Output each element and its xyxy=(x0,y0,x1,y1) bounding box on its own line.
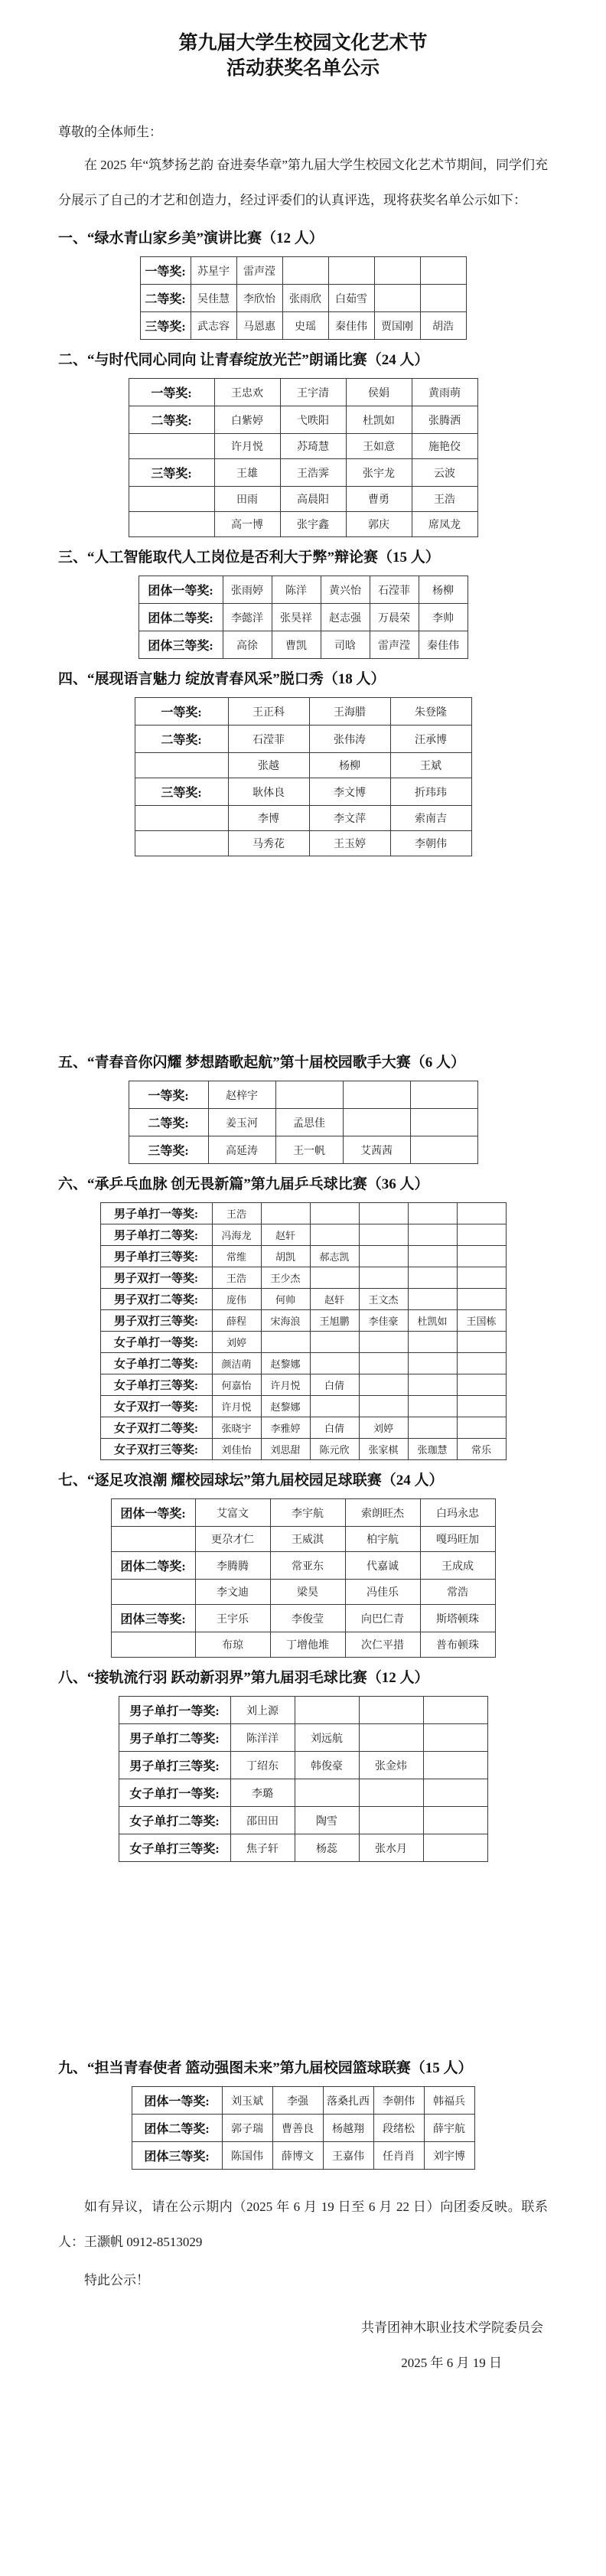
winner-name: 段绪松 xyxy=(373,2115,424,2142)
winner-name: 索朗旺杰 xyxy=(345,1499,420,1527)
winner-name: 王国栋 xyxy=(457,1310,506,1332)
winner-name: 秦佳伟 xyxy=(328,312,374,340)
winner-name: 白倩 xyxy=(310,1374,359,1396)
award-label: 男子单打三等奖: xyxy=(119,1752,230,1779)
winner-name: 刘佳怡 xyxy=(212,1439,261,1460)
winner-name: 王海腊 xyxy=(309,698,390,726)
winner-name: 雷声滢 xyxy=(370,631,419,659)
winner-name xyxy=(420,285,466,312)
winner-name: 白紫婷 xyxy=(214,406,280,434)
winner-name: 冯佳乐 xyxy=(345,1580,420,1605)
winner-name: 白玛永忠 xyxy=(420,1499,495,1527)
table-row: 布琼丁增他堆次仁平措普布顿珠 xyxy=(111,1632,495,1658)
table-row: 三等奖:王雄王浩霁张宇龙云波 xyxy=(129,459,477,487)
award-label: 三等奖: xyxy=(129,459,214,487)
table-row: 三等奖:武志容马恩惠史瑶秦佳伟贾国刚胡浩 xyxy=(140,312,466,340)
winner-name xyxy=(457,1224,506,1246)
winner-name: 杨蕊 xyxy=(295,1834,359,1862)
winner-name xyxy=(408,1246,457,1267)
winner-name: 李朝伟 xyxy=(390,831,471,856)
winner-name: 王浩 xyxy=(212,1203,261,1224)
winner-name xyxy=(410,1081,477,1109)
winner-name: 杜凯如 xyxy=(346,406,412,434)
table-row: 女子双打二等奖:张晓宇李雅婷白倩刘婷 xyxy=(100,1417,506,1439)
winner-name: 曹善良 xyxy=(272,2115,323,2142)
winner-name: 李文博 xyxy=(309,778,390,806)
winner-name: 黄雨萌 xyxy=(412,379,477,406)
winner-name: 张伟涛 xyxy=(309,726,390,753)
winner-name: 孟思佳 xyxy=(275,1109,343,1136)
award-table-basketball: 团体一等奖:刘玉斌李强落桑扎西李朝伟韩福兵团体二等奖:郭子瑞曹善良杨越翔段绪松薛… xyxy=(132,2086,475,2170)
table-row: 团体一等奖:艾富文李宇航索朗旺杰白玛永忠 xyxy=(111,1499,495,1527)
table-row: 团体二等奖:郭子瑞曹善良杨越翔段绪松薛宇航 xyxy=(132,2115,474,2142)
table-row: 张越杨柳王斌 xyxy=(135,753,471,778)
winner-name: 冯海龙 xyxy=(212,1224,261,1246)
winner-name: 李文迪 xyxy=(195,1580,270,1605)
winner-name xyxy=(423,1807,487,1834)
winner-name: 王旭鹏 xyxy=(310,1310,359,1332)
winner-name: 颜洁萌 xyxy=(212,1353,261,1374)
table-row: 李文迪梁昊冯佳乐常浩 xyxy=(111,1580,495,1605)
winner-name: 汪承博 xyxy=(390,726,471,753)
winner-name: 石滢菲 xyxy=(370,576,419,604)
winner-name: 嘎玛旺加 xyxy=(420,1527,495,1552)
winner-name xyxy=(359,1332,408,1353)
winner-name: 常浩 xyxy=(420,1580,495,1605)
winner-name: 高延涛 xyxy=(208,1136,275,1164)
winner-name: 张珈慧 xyxy=(408,1439,457,1460)
winner-name: 王文杰 xyxy=(359,1289,408,1310)
table-row: 三等奖:高延涛王一帆艾茜茜 xyxy=(129,1136,477,1164)
winner-name: 王威淇 xyxy=(270,1527,345,1552)
winner-name: 侯娟 xyxy=(346,379,412,406)
winner-name: 刘远航 xyxy=(295,1724,359,1752)
table-row: 团体三等奖:高徐曹凯司晗雷声滢秦佳伟 xyxy=(138,631,468,659)
winner-name: 席凤龙 xyxy=(412,512,477,537)
winner-name: 王少杰 xyxy=(261,1267,310,1289)
winner-name: 韩俊豪 xyxy=(295,1752,359,1779)
winner-name xyxy=(374,285,420,312)
winner-name: 常维 xyxy=(212,1246,261,1267)
objection-paragraph: 如有异议，请在公示期内（2025 年 6 月 19 日至 6 月 22 日）向团… xyxy=(58,2190,548,2260)
award-table-talkshow: 一等奖:王正科王海腊朱登隆二等奖:石滢菲张伟涛汪承博张越杨柳王斌三等奖:耿体良李… xyxy=(135,697,472,856)
winner-name: 张雨欣 xyxy=(282,285,328,312)
winner-name: 韩福兵 xyxy=(424,2087,474,2115)
table-row: 女子单打一等奖:李璐 xyxy=(119,1779,487,1807)
winner-name: 郝志凯 xyxy=(310,1246,359,1267)
award-label: 女子单打二等奖: xyxy=(119,1807,230,1834)
winner-name xyxy=(295,1779,359,1807)
winner-name xyxy=(408,1353,457,1374)
winner-name xyxy=(423,1779,487,1807)
winner-name: 赵志强 xyxy=(321,604,370,631)
winner-name xyxy=(310,1267,359,1289)
winner-name xyxy=(457,1203,506,1224)
table-row: 男子单打一等奖:刘上源 xyxy=(119,1697,487,1724)
winner-name: 王雄 xyxy=(214,459,280,487)
intro-paragraph: 在 2025 年“筑梦扬艺韵 奋进奏华章”第九届大学生校园文化艺术节期间，同学们… xyxy=(58,148,548,218)
winner-name: 许月悦 xyxy=(261,1374,310,1396)
winner-name: 胡浩 xyxy=(420,312,466,340)
winner-name: 王如意 xyxy=(346,434,412,459)
winner-name: 万晨荣 xyxy=(370,604,419,631)
table-row: 女子双打三等奖:刘佳怡刘思甜陈元欣张家棋张珈慧常乐 xyxy=(100,1439,506,1460)
winner-name: 李强 xyxy=(272,2087,323,2115)
winner-name xyxy=(310,1396,359,1417)
winner-name xyxy=(359,1203,408,1224)
winner-name xyxy=(310,1332,359,1353)
winner-name: 刘玉斌 xyxy=(222,2087,272,2115)
winner-name xyxy=(359,1246,408,1267)
winner-name: 高徐 xyxy=(223,631,272,659)
winner-name: 杨越翔 xyxy=(323,2115,373,2142)
signature-date: 2025 年 6 月 19 日 xyxy=(58,2346,548,2381)
award-label: 团体三等奖: xyxy=(111,1605,195,1632)
award-label xyxy=(111,1632,195,1658)
winner-name xyxy=(457,1289,506,1310)
award-label: 三等奖: xyxy=(135,778,228,806)
award-label: 二等奖: xyxy=(135,726,228,753)
table-row: 男子单打三等奖:丁绍东韩俊豪张金炜 xyxy=(119,1752,487,1779)
table-row: 一等奖:苏星宇雷声滢 xyxy=(140,257,466,285)
winner-name xyxy=(359,1353,408,1374)
winner-name: 陈国伟 xyxy=(222,2142,272,2170)
award-label: 一等奖: xyxy=(129,379,214,406)
winner-name: 薛博文 xyxy=(272,2142,323,2170)
winner-name xyxy=(359,1396,408,1417)
winner-name: 梁昊 xyxy=(270,1580,345,1605)
winner-name xyxy=(408,1374,457,1396)
winner-name: 李佳豪 xyxy=(359,1310,408,1332)
winner-name: 张昊祥 xyxy=(272,604,321,631)
winner-name xyxy=(328,257,374,285)
winner-name: 折玮玮 xyxy=(390,778,471,806)
table-row: 高一博张宇鑫郭庆席凤龙 xyxy=(129,512,477,537)
winner-name: 刘思甜 xyxy=(261,1439,310,1460)
winner-name: 焦子轩 xyxy=(230,1834,295,1862)
winner-name: 索南吉 xyxy=(390,806,471,831)
winner-name: 张金炜 xyxy=(359,1752,423,1779)
table-row: 二等奖:白紫婷弋昳阳杜凯如张腾洒 xyxy=(129,406,477,434)
winner-name xyxy=(359,1267,408,1289)
award-label: 团体二等奖: xyxy=(138,604,223,631)
winner-name: 斯塔顿珠 xyxy=(420,1605,495,1632)
award-table-debate: 团体一等奖:张雨婷陈洋黄兴怡石滢菲杨柳团体二等奖:李懿洋张昊祥赵志强万晨荣李帅团… xyxy=(138,576,468,659)
table-row: 更尕才仁王威淇柏宇航嘎玛旺加 xyxy=(111,1527,495,1552)
winner-name xyxy=(457,1267,506,1289)
table-row: 团体二等奖:李腾腾常亚东代嘉诚王成成 xyxy=(111,1552,495,1580)
award-label xyxy=(129,512,214,537)
winner-name: 向巴仁青 xyxy=(345,1605,420,1632)
winner-name: 丁增他堆 xyxy=(270,1632,345,1658)
winner-name xyxy=(359,1724,423,1752)
award-label: 男子双打一等奖: xyxy=(100,1267,212,1289)
award-label: 男子单打一等奖: xyxy=(119,1697,230,1724)
winner-name: 白茹雪 xyxy=(328,285,374,312)
page-break-spacer-2 xyxy=(58,1867,548,2048)
winner-name: 常乐 xyxy=(457,1439,506,1460)
winner-name: 常亚东 xyxy=(270,1552,345,1580)
winner-name xyxy=(261,1332,310,1353)
section-heading-8: 八、“接轨流行羽 跃动新羽界”第九届羽毛球比赛（12 人） xyxy=(58,1668,548,1688)
winner-name: 庞伟 xyxy=(212,1289,261,1310)
winner-name: 薛宇航 xyxy=(424,2115,474,2142)
salutation: 尊敬的全体师生： xyxy=(58,121,548,140)
winner-name: 李朝伟 xyxy=(373,2087,424,2115)
table-row: 马秀花王玉婷李朝伟 xyxy=(135,831,471,856)
winner-name: 张越 xyxy=(228,753,309,778)
winner-name: 王成成 xyxy=(420,1552,495,1580)
winner-name: 更尕才仁 xyxy=(195,1527,270,1552)
winner-name xyxy=(343,1109,410,1136)
winner-name: 苏琦慧 xyxy=(280,434,346,459)
award-label: 男子单打三等奖: xyxy=(100,1246,212,1267)
award-label: 女子单打三等奖: xyxy=(100,1374,212,1396)
document-page: 第九届大学生校园文化艺术节 活动获奖名单公示 尊敬的全体师生： 在 2025 年… xyxy=(0,0,606,2576)
award-table-recitation: 一等奖:王忠欢王宇清侯娟黄雨萌二等奖:白紫婷弋昳阳杜凯如张腾洒许月悦苏琦慧王如意… xyxy=(129,378,478,537)
winner-name: 张宇龙 xyxy=(346,459,412,487)
table-row: 团体一等奖:刘玉斌李强落桑扎西李朝伟韩福兵 xyxy=(132,2087,474,2115)
winner-name: 石滢菲 xyxy=(228,726,309,753)
award-label: 三等奖: xyxy=(129,1136,208,1164)
title-line-2: 活动获奖名单公示 xyxy=(58,56,548,81)
winner-name xyxy=(374,257,420,285)
winner-name: 雷声滢 xyxy=(236,257,282,285)
table-row: 男子单打一等奖:王浩 xyxy=(100,1203,506,1224)
winner-name: 王浩 xyxy=(412,487,477,512)
award-label xyxy=(135,806,228,831)
winner-name: 陶雪 xyxy=(295,1807,359,1834)
winner-name xyxy=(359,1224,408,1246)
winner-name: 耿体良 xyxy=(228,778,309,806)
winner-name: 丁绍东 xyxy=(230,1752,295,1779)
award-label: 一等奖: xyxy=(135,698,228,726)
winner-name xyxy=(408,1267,457,1289)
table-row: 二等奖:石滢菲张伟涛汪承博 xyxy=(135,726,471,753)
winner-name xyxy=(359,1779,423,1807)
winner-name xyxy=(295,1697,359,1724)
winner-name xyxy=(275,1081,343,1109)
winner-name: 苏星宇 xyxy=(191,257,236,285)
winner-name xyxy=(457,1353,506,1374)
table-row: 女子单打二等奖:邵田田陶雪 xyxy=(119,1807,487,1834)
winner-name: 赵黎娜 xyxy=(261,1353,310,1374)
winner-name: 邵田田 xyxy=(230,1807,295,1834)
table-row: 男子双打一等奖:王浩王少杰 xyxy=(100,1267,506,1289)
winner-name xyxy=(457,1246,506,1267)
proclaim-line: 特此公示！ xyxy=(58,2263,548,2298)
winner-name xyxy=(310,1353,359,1374)
winner-name: 赵轩 xyxy=(310,1289,359,1310)
signature-org: 共青团神木职业技术学院委员会 xyxy=(58,2310,548,2346)
award-label xyxy=(111,1527,195,1552)
table-row: 男子单打二等奖:冯海龙赵轩 xyxy=(100,1224,506,1246)
winner-name: 秦佳伟 xyxy=(419,631,468,659)
winner-name: 陈元欣 xyxy=(310,1439,359,1460)
winner-name: 王一帆 xyxy=(275,1136,343,1164)
winner-name: 布琼 xyxy=(195,1632,270,1658)
winner-name: 张腾洒 xyxy=(412,406,477,434)
winner-name: 曹凯 xyxy=(272,631,321,659)
winner-name xyxy=(410,1136,477,1164)
winner-name: 刘婷 xyxy=(212,1332,261,1353)
winner-name: 李文萍 xyxy=(309,806,390,831)
award-label: 女子双打一等奖: xyxy=(100,1396,212,1417)
section-heading-6: 六、“承乒乓血脉 创无畏新篇”第九届乒乓球比赛（36 人） xyxy=(58,1175,548,1195)
winner-name: 次仁平措 xyxy=(345,1632,420,1658)
table-row: 许月悦苏琦慧王如意施艳佼 xyxy=(129,434,477,459)
winner-name: 武志容 xyxy=(191,312,236,340)
award-label: 女子单打一等奖: xyxy=(100,1332,212,1353)
winner-name: 李欣怡 xyxy=(236,285,282,312)
award-label: 团体二等奖: xyxy=(132,2115,222,2142)
award-label: 男子单打二等奖: xyxy=(119,1724,230,1752)
winner-name: 杨柳 xyxy=(419,576,468,604)
winner-name: 艾茜茜 xyxy=(343,1136,410,1164)
winner-name xyxy=(457,1396,506,1417)
table-row: 团体一等奖:张雨婷陈洋黄兴怡石滢菲杨柳 xyxy=(138,576,468,604)
table-row: 男子双打三等奖:薛程宋海浪王旭鹏李佳豪杜凯如王国栋 xyxy=(100,1310,506,1332)
winner-name: 白倩 xyxy=(310,1417,359,1439)
winner-name: 李腾腾 xyxy=(195,1552,270,1580)
award-label xyxy=(135,831,228,856)
award-label: 女子双打三等奖: xyxy=(100,1439,212,1460)
section-heading-4: 四、“展现语言魅力 绽放青春风采”脱口秀（18 人） xyxy=(58,670,548,690)
award-label: 男子单打二等奖: xyxy=(100,1224,212,1246)
award-table-speech: 一等奖:苏星宇雷声滢二等奖:吴佳慧李欣怡张雨欣白茹雪三等奖:武志容马恩惠史瑶秦佳… xyxy=(140,256,467,340)
winner-name: 任肖肖 xyxy=(373,2142,424,2170)
award-label: 二等奖: xyxy=(129,406,214,434)
table-row: 一等奖:赵梓宇 xyxy=(129,1081,477,1109)
award-label: 团体二等奖: xyxy=(111,1552,195,1580)
winner-name: 郭子瑞 xyxy=(222,2115,272,2142)
winner-name: 李俊莹 xyxy=(270,1605,345,1632)
winner-name xyxy=(343,1081,410,1109)
winner-name: 施艳佼 xyxy=(412,434,477,459)
winner-name: 杜凯如 xyxy=(408,1310,457,1332)
winner-name: 马秀花 xyxy=(228,831,309,856)
winner-name xyxy=(423,1752,487,1779)
award-label: 二等奖: xyxy=(129,1109,208,1136)
winner-name: 王宇清 xyxy=(280,379,346,406)
winner-name xyxy=(408,1396,457,1417)
table-row: 二等奖:姜玉河孟思佳 xyxy=(129,1109,477,1136)
winner-name: 黄兴怡 xyxy=(321,576,370,604)
winner-name: 高晨阳 xyxy=(280,487,346,512)
winner-name: 赵梓宇 xyxy=(208,1081,275,1109)
winner-name: 李雅婷 xyxy=(261,1417,310,1439)
winner-name xyxy=(423,1724,487,1752)
table-row: 二等奖:吴佳慧李欣怡张雨欣白茹雪 xyxy=(140,285,466,312)
table-row: 田雨高晨阳曹勇王浩 xyxy=(129,487,477,512)
winner-name: 代嘉诚 xyxy=(345,1552,420,1580)
winner-name: 落桑扎西 xyxy=(323,2087,373,2115)
winner-name: 薛程 xyxy=(212,1310,261,1332)
winner-name xyxy=(408,1332,457,1353)
winner-name xyxy=(408,1417,457,1439)
winner-name xyxy=(410,1109,477,1136)
table-row: 男子单打二等奖:陈洋洋刘远航 xyxy=(119,1724,487,1752)
winner-name: 陈洋 xyxy=(272,576,321,604)
winner-name: 何帅 xyxy=(261,1289,310,1310)
winner-name: 马恩惠 xyxy=(236,312,282,340)
award-label: 女子单打三等奖: xyxy=(119,1834,230,1862)
table-row: 男子单打三等奖:常维胡凯郝志凯 xyxy=(100,1246,506,1267)
winner-name: 史瑶 xyxy=(282,312,328,340)
table-row: 团体三等奖:陈国伟薛博文王嘉伟任肖肖刘宇博 xyxy=(132,2142,474,2170)
award-label: 女子双打二等奖: xyxy=(100,1417,212,1439)
winner-name xyxy=(359,1697,423,1724)
winner-name xyxy=(310,1203,359,1224)
table-row: 三等奖:耿体良李文博折玮玮 xyxy=(135,778,471,806)
document-content: 第九届大学生校园文化艺术节 活动获奖名单公示 尊敬的全体师生： 在 2025 年… xyxy=(58,0,548,2381)
award-label xyxy=(135,753,228,778)
table-row: 女子单打三等奖:焦子轩杨蕊张水月 xyxy=(119,1834,487,1862)
winner-name xyxy=(408,1203,457,1224)
award-table-soccer: 团体一等奖:艾富文李宇航索朗旺杰白玛永忠更尕才仁王威淇柏宇航嘎玛旺加团体二等奖:… xyxy=(111,1498,496,1658)
section-heading-1: 一、“绿水青山家乡美”演讲比赛（12 人） xyxy=(58,229,548,249)
winner-name: 许月悦 xyxy=(212,1396,261,1417)
winner-name: 李璐 xyxy=(230,1779,295,1807)
winner-name: 许月悦 xyxy=(214,434,280,459)
winner-name: 杨柳 xyxy=(309,753,390,778)
table-row: 男子双打二等奖:庞伟何帅赵轩王文杰 xyxy=(100,1289,506,1310)
winner-name: 胡凯 xyxy=(261,1246,310,1267)
table-row: 女子单打三等奖:何嘉怡许月悦白倩 xyxy=(100,1374,506,1396)
award-label xyxy=(129,434,214,459)
winner-name: 何嘉怡 xyxy=(212,1374,261,1396)
table-row: 李博李文萍索南吉 xyxy=(135,806,471,831)
winner-name xyxy=(423,1834,487,1862)
section-heading-5: 五、“青春音你闪耀 梦想踏歌起航”第十届校园歌手大赛（6 人） xyxy=(58,1053,548,1073)
winner-name: 郭庆 xyxy=(346,512,412,537)
winner-name: 宋海浪 xyxy=(261,1310,310,1332)
winner-name: 曹勇 xyxy=(346,487,412,512)
winner-name: 李宇航 xyxy=(270,1499,345,1527)
winner-name: 吴佳慧 xyxy=(191,285,236,312)
winner-name xyxy=(359,1374,408,1396)
table-row: 女子双打一等奖:许月悦赵黎娜 xyxy=(100,1396,506,1417)
winner-name xyxy=(282,257,328,285)
table-row: 团体二等奖:李懿洋张昊祥赵志强万晨荣李帅 xyxy=(138,604,468,631)
winner-name xyxy=(457,1417,506,1439)
winner-name: 赵轩 xyxy=(261,1224,310,1246)
winner-name: 艾富文 xyxy=(195,1499,270,1527)
award-label: 男子双打三等奖: xyxy=(100,1310,212,1332)
title-line-1: 第九届大学生校园文化艺术节 xyxy=(58,31,548,56)
section-heading-2: 二、“与时代同心同向 让青春绽放光芒”朗诵比赛（24 人） xyxy=(58,351,548,370)
section-heading-7: 七、“逐足攻浪潮 耀校园球坛”第九届校园足球联赛（24 人） xyxy=(58,1471,548,1491)
winner-name: 赵黎娜 xyxy=(261,1396,310,1417)
winner-name: 刘上源 xyxy=(230,1697,295,1724)
award-label: 团体三等奖: xyxy=(138,631,223,659)
winner-name: 张宇鑫 xyxy=(280,512,346,537)
table-row: 团体三等奖:王宇乐李俊莹向巴仁青斯塔顿珠 xyxy=(111,1605,495,1632)
winner-name: 王浩霁 xyxy=(280,459,346,487)
award-label: 三等奖: xyxy=(140,312,191,340)
winner-name: 柏宇航 xyxy=(345,1527,420,1552)
winner-name xyxy=(457,1374,506,1396)
winner-name: 张水月 xyxy=(359,1834,423,1862)
winner-name: 刘婷 xyxy=(359,1417,408,1439)
table-row: 女子单打一等奖:刘婷 xyxy=(100,1332,506,1353)
winner-name: 普布顿珠 xyxy=(420,1632,495,1658)
winner-name: 王斌 xyxy=(390,753,471,778)
award-label xyxy=(129,487,214,512)
winner-name: 田雨 xyxy=(214,487,280,512)
winner-name: 云波 xyxy=(412,459,477,487)
winner-name: 朱登隆 xyxy=(390,698,471,726)
